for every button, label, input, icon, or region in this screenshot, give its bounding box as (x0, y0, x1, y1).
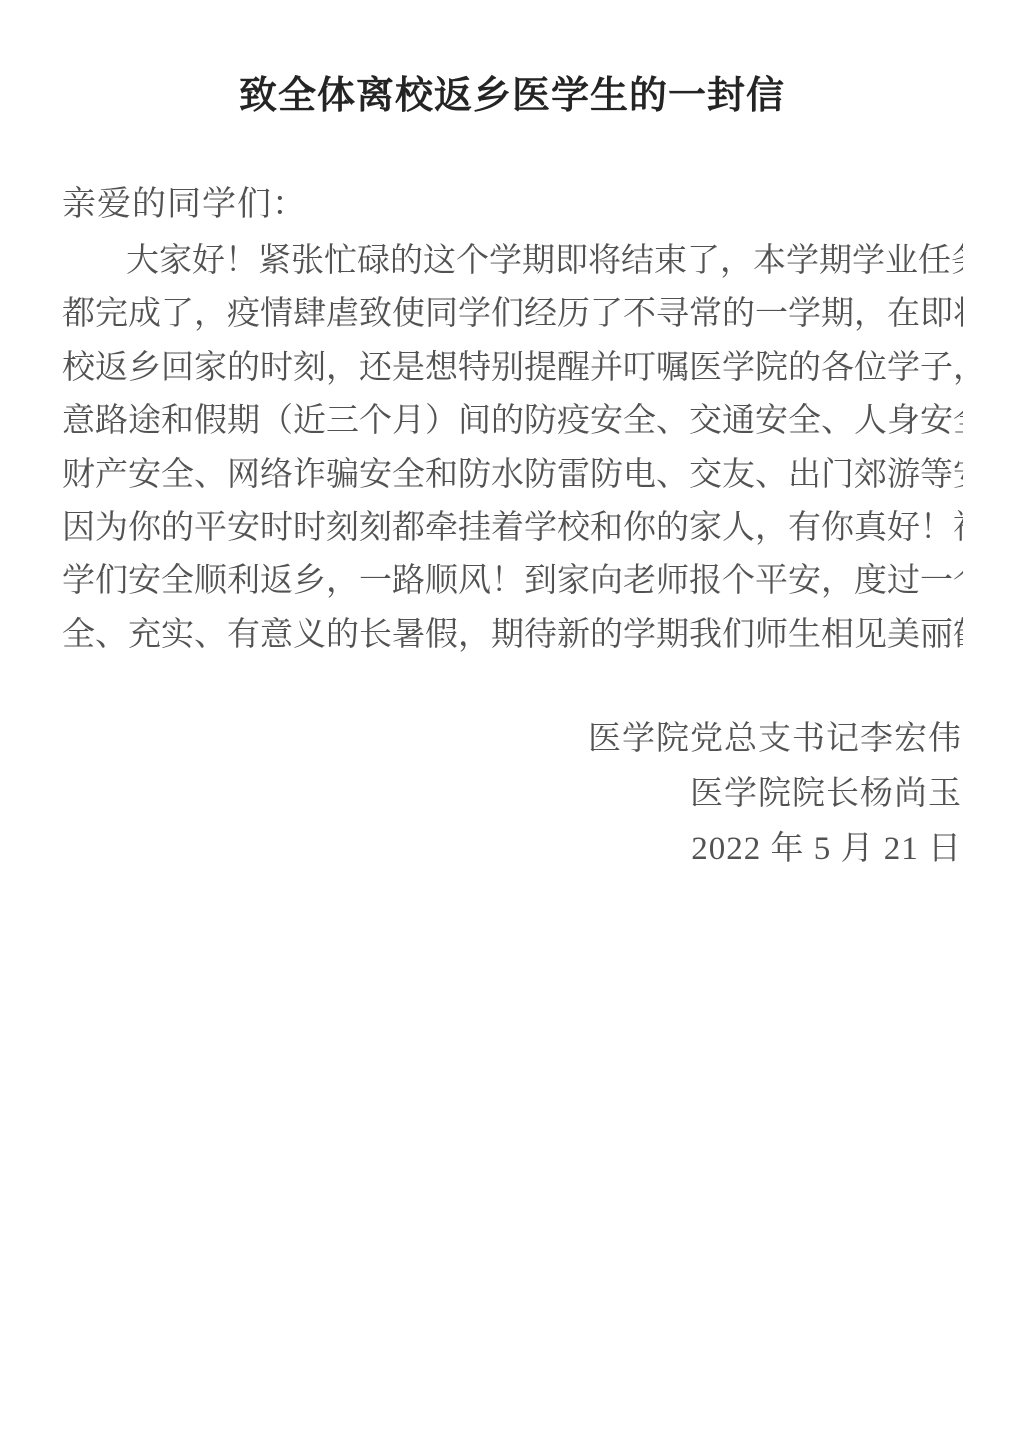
signer-dean: 医学院院长杨尚玉 (588, 767, 962, 822)
paragraph-line: 都完成了，疫情肆虐致使同学们经历了不寻常的一学期，在即将离 (62, 288, 963, 341)
paragraph-line: 全、充实、有意义的长暑假，期待新的学期我们师生相见美丽鹤院。 (62, 609, 963, 662)
signature-block: 医学院党总支书记李宏伟 医学院院长杨尚玉 2022 年 5 月 21 日 (588, 712, 962, 877)
paragraph-line: 意路途和假期（近三个月）间的防疫安全、交通安全、人身安全、 (62, 395, 963, 448)
letter-page: 致全体离校返乡医学生的一封信 亲爱的同学们： 大家好！紧张忙碌的这个学期即将结束… (0, 0, 1024, 1448)
signer-party-secretary: 医学院党总支书记李宏伟 (588, 712, 962, 767)
paragraph-line: 因为你的平安时时刻刻都牵挂着学校和你的家人，有你真好！祝同 (62, 502, 963, 555)
letter-body: 大家好！紧张忙碌的这个学期即将结束了，本学期学业任务也都完成了，疫情肆虐致使同学… (62, 235, 963, 662)
salutation: 亲爱的同学们： (62, 176, 307, 225)
paragraph-line: 财产安全、网络诈骗安全和防水防雷防电、交友、出门郊游等安全， (62, 449, 963, 502)
paragraph-line: 大家好！紧张忙碌的这个学期即将结束了，本学期学业任务也 (62, 235, 963, 288)
signature-date: 2022 年 5 月 21 日 (588, 822, 962, 877)
letter-title: 致全体离校返乡医学生的一封信 (0, 64, 1024, 119)
paragraph-line: 校返乡回家的时刻，还是想特别提醒并叮嘱医学院的各位学子，注 (62, 342, 963, 395)
paragraph-line: 学们安全顺利返乡，一路顺风！到家向老师报个平安，度过一个安 (62, 555, 963, 608)
